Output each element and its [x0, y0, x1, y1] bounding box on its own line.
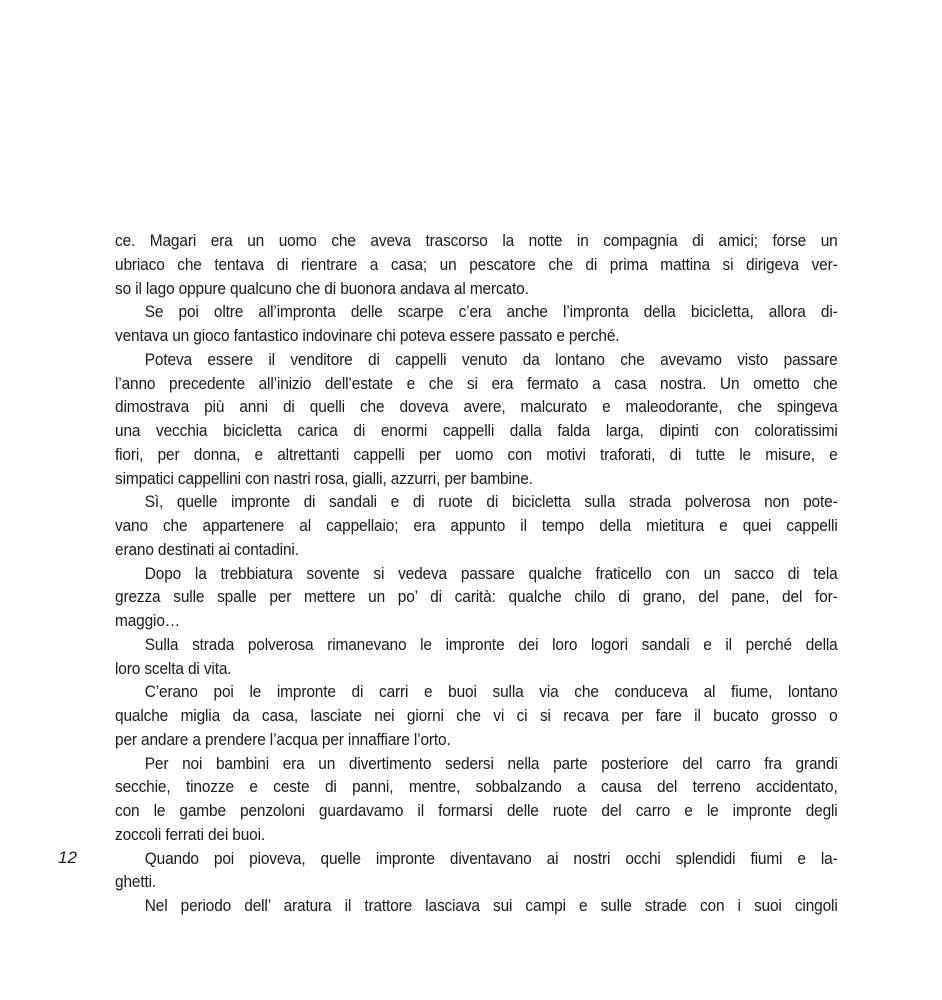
text-line: vano che appartenere al cappellaio; era …: [115, 514, 838, 538]
text-line: Se poi oltre all’impronta delle scarpe c…: [115, 300, 838, 324]
text-line: loro scelta di vita.: [115, 657, 838, 681]
text-line: so il lago oppure qualcuno che di buonor…: [115, 277, 838, 301]
text-line: Sulla strada polverosa rimanevano le imp…: [115, 633, 838, 657]
text-line: ventava un gioco fantastico indovinare c…: [115, 324, 838, 348]
document-page: ce. Magari era un uomo che aveva trascor…: [0, 0, 942, 1000]
text-line: secchie, tinozze e ceste di panni, mentr…: [115, 775, 838, 799]
text-line: Quando poi pioveva, quelle impronte dive…: [115, 847, 838, 871]
text-line: zoccoli ferrati dei buoi.: [115, 823, 838, 847]
text-line: ubriaco che tentava di rientrare a casa;…: [115, 253, 838, 277]
page-number: 12: [58, 846, 77, 869]
text-line: ce. Magari era un uomo che aveva trascor…: [115, 229, 838, 253]
text-line: dimostrava più anni di quelli che doveva…: [115, 395, 838, 419]
text-line: qualche miglia da casa, lasciate nei gio…: [115, 704, 838, 728]
text-line: Poteva essere il venditore di cappelli v…: [115, 348, 838, 372]
text-line: ghetti.: [115, 870, 838, 894]
text-line: erano destinati ai contadini.: [115, 538, 838, 562]
text-line: Dopo la trebbiatura sovente si vedeva pa…: [115, 562, 838, 586]
text-line: C’erano poi le impronte di carri e buoi …: [115, 680, 838, 704]
text-line: Per noi bambini era un divertimento sede…: [115, 752, 838, 776]
text-line: Nel periodo dell’ aratura il trattore la…: [115, 894, 838, 918]
text-line: maggio…: [115, 609, 838, 633]
text-line: fiori, per donna, e altrettanti cappelli…: [115, 443, 838, 467]
text-line: grezza sulle spalle per mettere un po’ d…: [115, 585, 838, 609]
text-line: per andare a prendere l’acqua per innaff…: [115, 728, 838, 752]
text-line: l’anno precedente all’inizio dell’estate…: [115, 372, 838, 396]
text-line: Sì, quelle impronte di sandali e di ruot…: [115, 490, 838, 514]
text-line: con le gambe penzoloni guardavamo il for…: [115, 799, 838, 823]
text-line: una vecchia bicicletta carica di enormi …: [115, 419, 838, 443]
text-line: simpatici cappellini con nastri rosa, gi…: [115, 467, 838, 491]
body-text: ce. Magari era un uomo che aveva trascor…: [115, 229, 838, 918]
